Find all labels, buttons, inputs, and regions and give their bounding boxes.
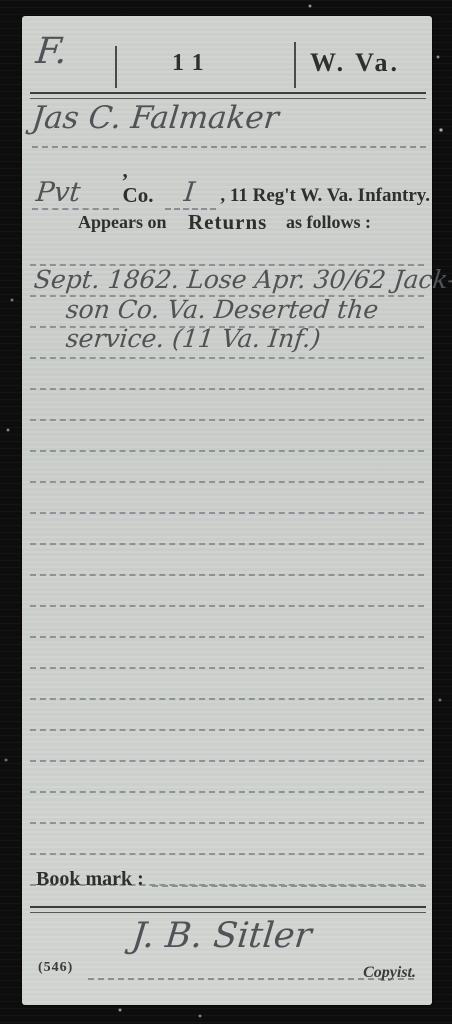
ruled-line (30, 390, 424, 421)
copyist-label: Copyist. (363, 964, 416, 982)
regiment-line: , 11 Reg't W. Va. Infantry. (216, 185, 430, 210)
company-label: , Co. (119, 158, 166, 210)
header-divider-left (115, 46, 117, 88)
ruled-line (30, 700, 424, 731)
rank-underline: Pvt (32, 179, 119, 210)
entry-area: Sept. 1862. Lose Apr. 30/62 Jack- son Co… (30, 235, 424, 847)
rank: Pvt (30, 179, 89, 208)
footer-double-rule (30, 906, 426, 913)
footer: (546) J. B. Sitler Copyist. (22, 914, 432, 1002)
soldier-name-line: Jas C. Falmaker (32, 100, 426, 148)
ruled-line (30, 514, 424, 545)
company-letter: I (178, 179, 204, 208)
ruled-line (30, 793, 424, 824)
ruled-line (30, 359, 424, 390)
entry-line-1: Sept. 1862. Lose Apr. 30/62 Jack- (33, 267, 452, 292)
entry-line-2: son Co. Va. Deserted the (65, 297, 380, 322)
ruled-line (30, 824, 424, 855)
muster-record-card: F. 11 W. Va. Jas C. Falmaker Pvt , Co. I… (22, 16, 432, 1005)
bookmark-label: Book mark : (36, 868, 144, 893)
ruled-line (30, 638, 424, 669)
ruled-line (30, 483, 424, 514)
ruled-line (30, 545, 424, 576)
file-letter: F. (34, 34, 69, 70)
regiment-number: 11 (172, 50, 213, 77)
bookmark-row: Book mark : (36, 868, 426, 893)
ruled-line (30, 576, 424, 607)
appears-suffix: as follows : (286, 212, 371, 233)
state-abbrev: W. Va. (310, 48, 400, 78)
ruled-line (30, 731, 424, 762)
ruled-line (30, 762, 424, 793)
card-number: (546) (38, 960, 73, 976)
bookmark-blank-line (152, 885, 426, 887)
soldier-name: Jas C. Falmaker (30, 100, 280, 136)
copyist-signature: J. B. Sitler (130, 916, 314, 956)
ruled-line (30, 607, 424, 638)
company-underline: I (165, 179, 216, 210)
ruled-line (30, 235, 424, 266)
entry-line-3: service. (11 Va. Inf.) (65, 326, 322, 351)
ruled-line (30, 452, 424, 483)
ruled-line (30, 669, 424, 700)
appears-prefix: Appears on (78, 212, 167, 233)
record-type: Returns (188, 210, 267, 235)
ruled-line (30, 421, 424, 452)
header-double-rule (30, 92, 426, 99)
header-divider-right (294, 42, 296, 88)
rank-row: Pvt , Co. I , 11 Reg't W. Va. Infantry. (32, 158, 430, 210)
